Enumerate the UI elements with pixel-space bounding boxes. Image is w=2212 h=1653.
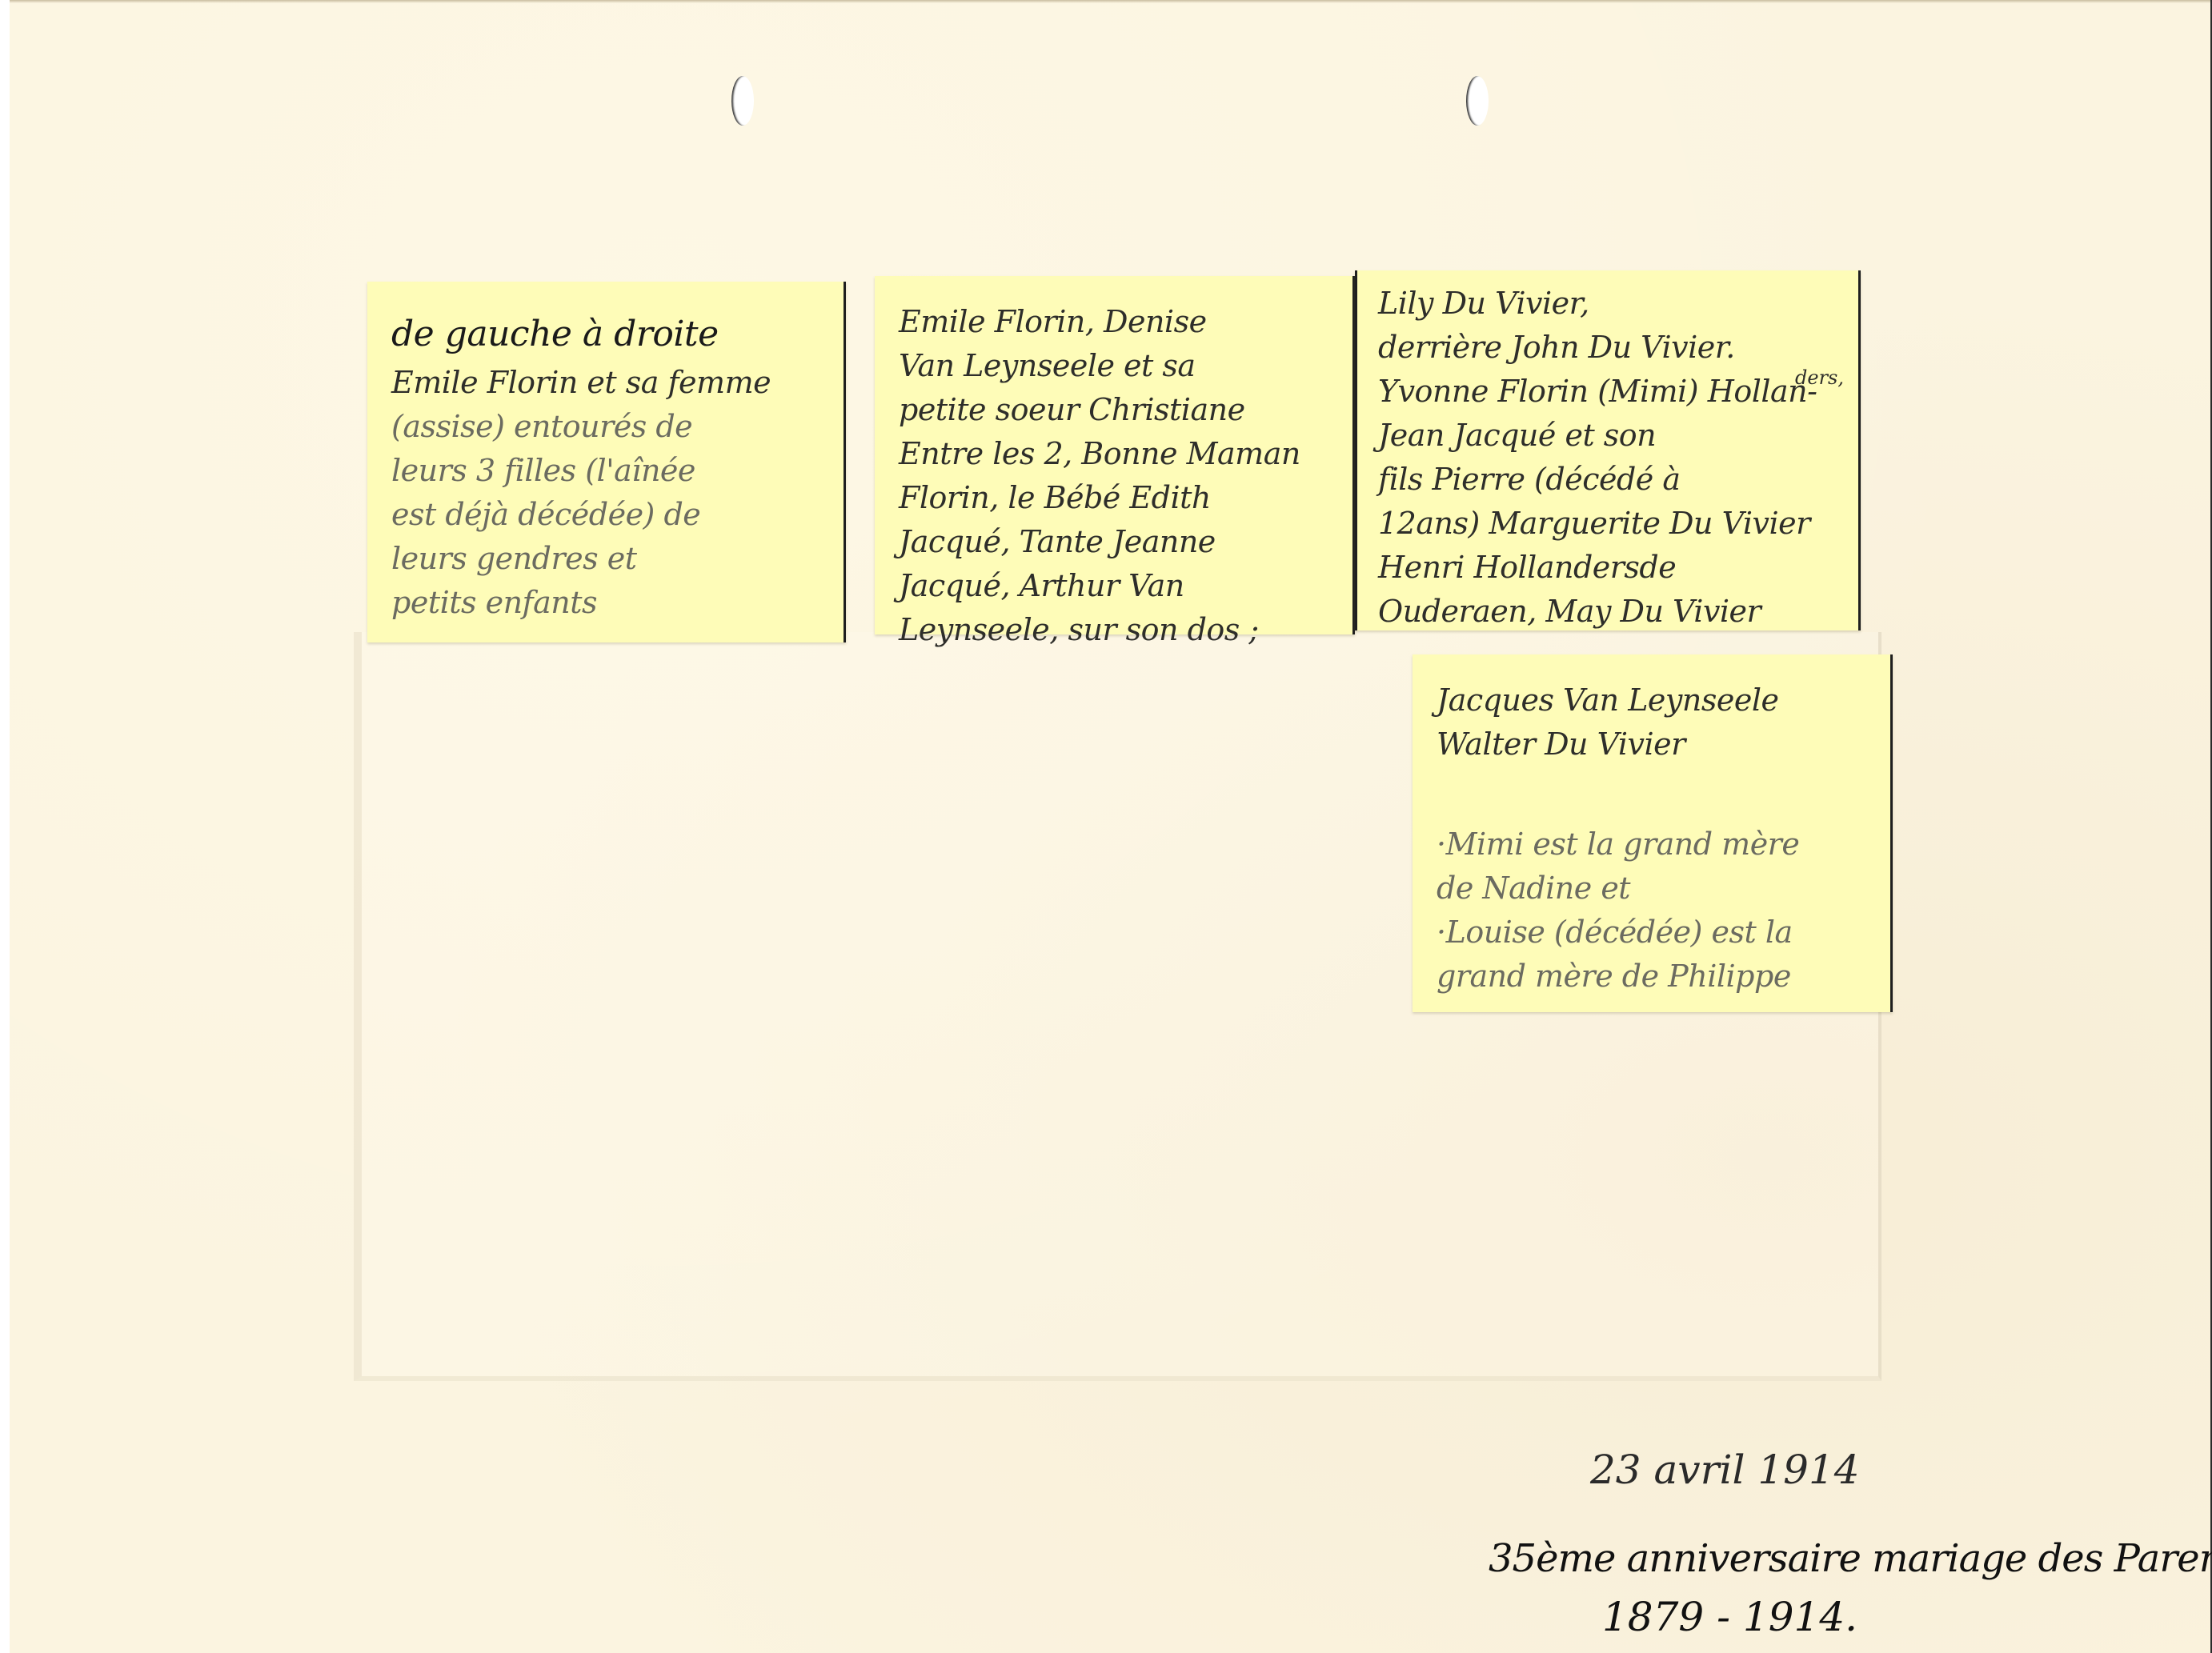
- note-line: Henri Hollandersde: [1378, 546, 1837, 590]
- note-line: leurs 3 filles (l'aînée: [391, 449, 823, 493]
- note-line: ·Louise (décédée) est la: [1437, 911, 1869, 955]
- note-line: Jacqué, Arthur Van: [899, 564, 1332, 608]
- note-line: Florin, le Bébé Edith: [899, 476, 1332, 520]
- note-heading: de gauche à droite: [391, 312, 823, 356]
- inscription-occasion: 35ème anniversaire mariage des Parents: [1489, 1536, 2212, 1581]
- note-line: Lily Du Vivier,: [1378, 282, 1837, 326]
- note-line: 12ans) Marguerite Du Vivier: [1378, 502, 1837, 546]
- sticky-note-4: Jacques Van Leynseele Walter Du Vivier ·…: [1413, 654, 1893, 1012]
- note-line: fils Pierre (décédé à: [1378, 458, 1837, 502]
- sticky-note-2: Emile Florin, Denise Van Leynseele et sa…: [875, 276, 1355, 634]
- note-line: Entre les 2, Bonne Maman: [899, 432, 1332, 476]
- note-line: grand mère de Philippe: [1437, 955, 1869, 999]
- punch-hole-left: [731, 76, 754, 126]
- note-line: Jacques Van Leynseele: [1437, 678, 1869, 722]
- note-line: petits enfants: [391, 581, 823, 625]
- paper-top-edge: [10, 0, 2210, 3]
- note-line: ·Mimi est la grand mère: [1437, 822, 1869, 867]
- note-line: de Nadine et: [1437, 867, 1869, 911]
- note-line: Jacqué, Tante Jeanne: [899, 520, 1332, 564]
- note-line: Van Leynseele et sa: [899, 344, 1332, 388]
- note-line: Leynseele, sur son dos ;: [899, 608, 1332, 652]
- note-line: Yvonne Florin (Mimi) Hollan-: [1378, 370, 1837, 414]
- sticky-note-3: Lily Du Vivier, derrière John Du Vivier.…: [1355, 270, 1861, 630]
- note-line: leurs gendres et: [391, 537, 823, 581]
- note-line: Walter Du Vivier: [1437, 722, 1869, 766]
- note-line: (assise) entourés de: [391, 405, 823, 449]
- album-page: de gauche à droite Emile Florin et sa fe…: [10, 0, 2212, 1653]
- inscription-date: 23 avril 1914: [1590, 1447, 1860, 1493]
- note-line: derrière John Du Vivier.: [1378, 326, 1837, 370]
- note-gap: [1437, 766, 1869, 822]
- note-line: est déjà décédée) de: [391, 493, 823, 537]
- note-line: Emile Florin et sa femme: [391, 361, 823, 405]
- sticky-note-1: de gauche à droite Emile Florin et sa fe…: [367, 282, 846, 642]
- punch-hole-right: [1466, 76, 1489, 126]
- note-line: petite soeur Christiane: [899, 388, 1332, 432]
- note-line: Jean Jacqué et son: [1378, 414, 1837, 458]
- note-line: Emile Florin, Denise: [899, 300, 1332, 344]
- note-line: Ouderaen, May Du Vivier: [1378, 590, 1837, 634]
- inscription-years: 1879 - 1914.: [1602, 1594, 1857, 1640]
- note-superscript: ders,: [1795, 366, 1844, 389]
